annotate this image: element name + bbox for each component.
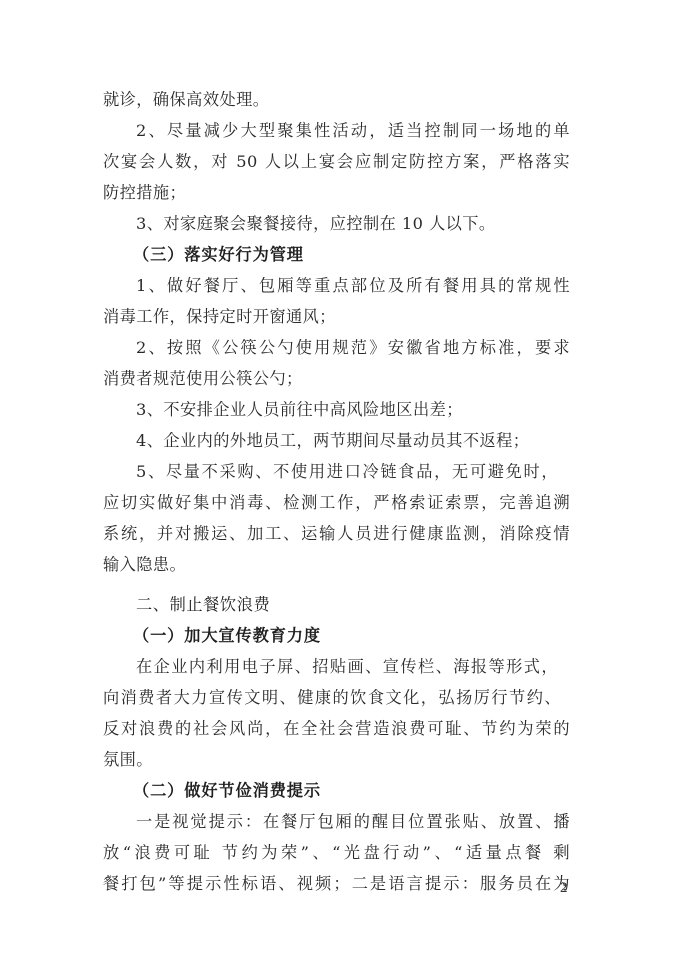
paragraph-line: 2、按照《公筷公勺使用规范》安徽省地方标准，要求 [103,332,570,363]
paragraph-line: 2、尽量减少大型聚集性活动，适当控制同一场地的单 [103,115,570,146]
paragraph-line: 应切实做好集中消毒、检测工作，严格索证索票，完善追溯 [103,487,570,518]
paragraph-line: 输入隐患。 [103,549,573,580]
paragraph-line: 在企业内利用电子屏、招贴画、宣传栏、海报等形式， [103,651,558,682]
subheading-publicity-education: （一）加大宣传教育力度 [103,620,573,651]
paragraph-line: 3、对家庭聚会聚餐接待，应控制在 10 人以下。 [103,208,573,239]
subheading-frugal-consumption-tips: （二）做好节俭消费提示 [103,775,573,806]
paragraph-line: 向消费者大力宣传文明、健康的饮食文化，弘扬厉行节约、 [103,682,561,713]
paragraph-line: 1、做好餐厅、包厢等重点部位及所有餐用具的常规性 [103,270,570,301]
document-page: 就诊，确保高效处理。 2、尽量减少大型聚集性活动，适当控制同一场地的单 次宴会人… [103,84,573,899]
paragraph-line: 反对浪费的社会风尚，在全社会营造浪费可耻、节约为荣的 [103,713,570,744]
page-number: 2 [560,880,568,897]
paragraph-line: 消费者规范使用公筷公勺； [103,363,573,394]
paragraph-line: 防控措施； [103,177,573,208]
paragraph-line: 餐打包”等提示性标语、视频；二是语言提示：服务员在为 [103,868,570,899]
paragraph-line: 一是视觉提示：在餐厅包厢的醒目位置张贴、放置、播 [103,806,570,837]
paragraph-line: 5、尽量不采购、不使用进口冷链食品，无可避免时， [103,456,558,487]
section-heading-stop-food-waste: 二、制止餐饮浪费 [103,589,573,620]
paragraph-line: 系统，并对搬运、加工、运输人员进行健康监测，消除疫情 [103,518,570,549]
paragraph-line: 4、企业内的外地员工，两节期间尽量动员其不返程； [103,425,573,456]
paragraph-line: 消毒工作，保持定时开窗通风； [103,301,573,332]
section-gap [103,580,573,589]
paragraph-line: 次宴会人数，对 50 人以上宴会应制定防控方案，严格落实 [103,146,570,177]
paragraph-line: 氛围。 [103,744,573,775]
subheading-behavior-management: （三）落实好行为管理 [103,239,573,270]
paragraph-line: 3、不安排企业人员前往中高风险地区出差； [103,394,573,425]
paragraph-line: 就诊，确保高效处理。 [103,84,573,115]
paragraph-line: 放“浪费可耻 节约为荣”、“光盘行动”、“适量点餐 剩 [103,837,570,868]
